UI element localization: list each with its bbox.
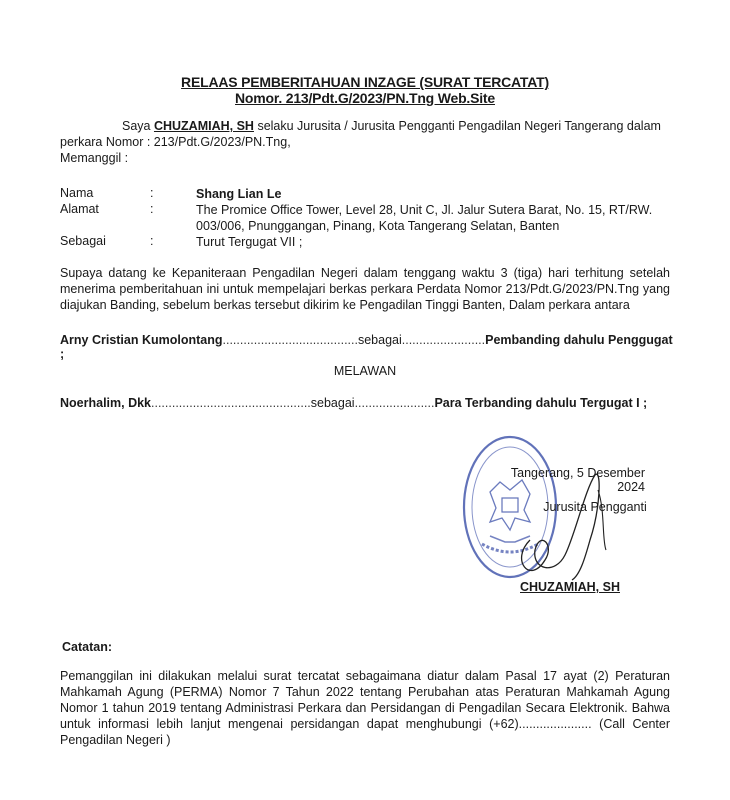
- versus-label: MELAWAN: [0, 364, 730, 378]
- document-title: RELAAS PEMBERITAHUAN INZAGE (SURAT TERCA…: [0, 74, 730, 90]
- summoned-role: Turut Tergugat VII ;: [196, 234, 666, 250]
- signatory-name: CHUZAMIAH, SH: [520, 580, 620, 594]
- signature-place-date: Tangerang, 5 Desember 2024: [485, 466, 645, 494]
- case-number-line: perkara Nomor : 213/Pdt.G/2023/PN.Tng,: [60, 134, 670, 150]
- field-alamat: Alamat : The Promice Office Tower, Level…: [60, 202, 680, 234]
- officer-name: CHUZAMIAH, SH: [154, 119, 254, 133]
- note-heading: Catatan:: [62, 640, 112, 654]
- field-nama: Nama : Shang Lian Le: [60, 186, 680, 202]
- party-second: Noerhalim, Dkk..........................…: [60, 396, 680, 410]
- summoned-address: The Promice Office Tower, Level 28, Unit…: [196, 202, 666, 234]
- field-sebagai: Sebagai : Turut Tergugat VII ;: [60, 234, 680, 250]
- intro-line: Saya CHUZAMIAH, SH selaku Jurusita / Jur…: [60, 118, 670, 134]
- note-text: Pemanggilan ini dilakukan melalui surat …: [60, 668, 670, 748]
- summoned-name: Shang Lian Le: [196, 186, 666, 202]
- document-number: Nomor. 213/Pdt.G/2023/PN.Tng Web.Site: [0, 90, 730, 106]
- party-first: Arny Cristian Kumolontang...............…: [60, 333, 680, 361]
- summon-label: Memanggil :: [60, 150, 670, 166]
- body-paragraph: Supaya datang ke Kepaniteraan Pengadilan…: [60, 265, 670, 313]
- signature-position: Jurusita Pengganti: [485, 500, 675, 514]
